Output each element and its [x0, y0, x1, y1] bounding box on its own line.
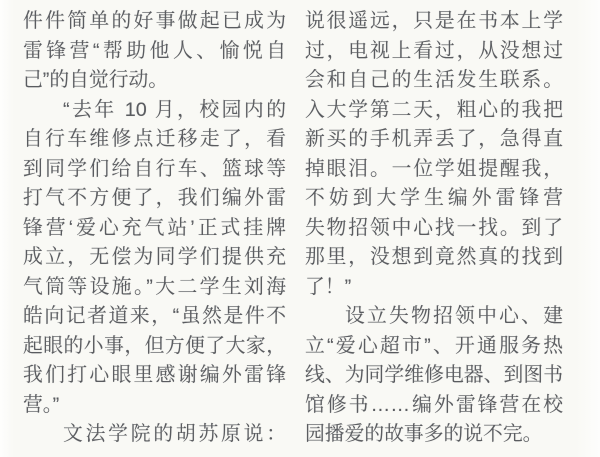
text-line: 皓向记者道来，“虽然是件不 — [23, 302, 286, 332]
text-line: 文法学院的胡苏原说： — [23, 420, 286, 450]
text-line: 营。” — [23, 391, 286, 421]
text-line: 不妨到大学生编外雷锋营 — [305, 184, 563, 214]
text-line: 失物招领中心找一找。到了 — [305, 214, 563, 244]
text-line: 成立，无偿为同学们提供充 — [23, 243, 286, 273]
text-line: 园播爱的故事多的说不完。 — [305, 420, 563, 450]
text-line: 过，电视上看过，从没想过 — [305, 37, 563, 67]
text-line: 馆修书……编外雷锋营在校 — [305, 391, 563, 421]
text-line: 打气不方便了，我们编外雷 — [23, 184, 286, 214]
text-column-left: 件件简单的好事做起已成为雷锋营“帮助他人、愉悦自己”的自觉行动。“去年 10 月… — [23, 7, 286, 450]
text-line: 新买的手机弄丢了，急得直 — [305, 125, 563, 155]
text-line: 气筒等设施。”大二学生刘海 — [23, 273, 286, 303]
text-line: 件件简单的好事做起已成为 — [23, 7, 286, 37]
text-line: 立“爱心超市”、开通服务热 — [305, 332, 563, 362]
text-line: 掉眼泪。一位学姐提醒我， — [305, 155, 563, 185]
text-line: 我们打心眼里感谢编外雷锋 — [23, 361, 286, 391]
text-line: 说很遥远，只是在书本上学 — [305, 7, 563, 37]
text-line: 起眼的小事，但方便了大家， — [23, 332, 286, 362]
text-line: 线、为同学维修电器、到图书 — [305, 361, 563, 391]
text-line: 了！” — [305, 273, 563, 303]
text-column-right: 说很遥远，只是在书本上学过，电视上看过，从没想过会和自己的生活发生联系。入大学第… — [305, 7, 563, 450]
text-line: 设立失物招领中心、建 — [305, 302, 563, 332]
text-line: 那里，没想到竟然真的找到 — [305, 243, 563, 273]
text-line: 己”的自觉行动。 — [23, 66, 286, 96]
text-line: 到同学们给自行车、篮球等 — [23, 155, 286, 185]
text-line: “去年 10 月，校园内的 — [23, 96, 286, 126]
text-line: 雷锋营“帮助他人、愉悦自 — [23, 37, 286, 67]
text-line: 锋营‘爱心充气站’正式挂牌 — [23, 214, 286, 244]
text-line: 自行车维修点迁移走了，看 — [23, 125, 286, 155]
text-line: 会和自己的生活发生联系。 — [305, 66, 563, 96]
scanned-article-page: 件件简单的好事做起已成为雷锋营“帮助他人、愉悦自己”的自觉行动。“去年 10 月… — [0, 0, 600, 457]
text-line: 入大学第二天，粗心的我把 — [305, 96, 563, 126]
